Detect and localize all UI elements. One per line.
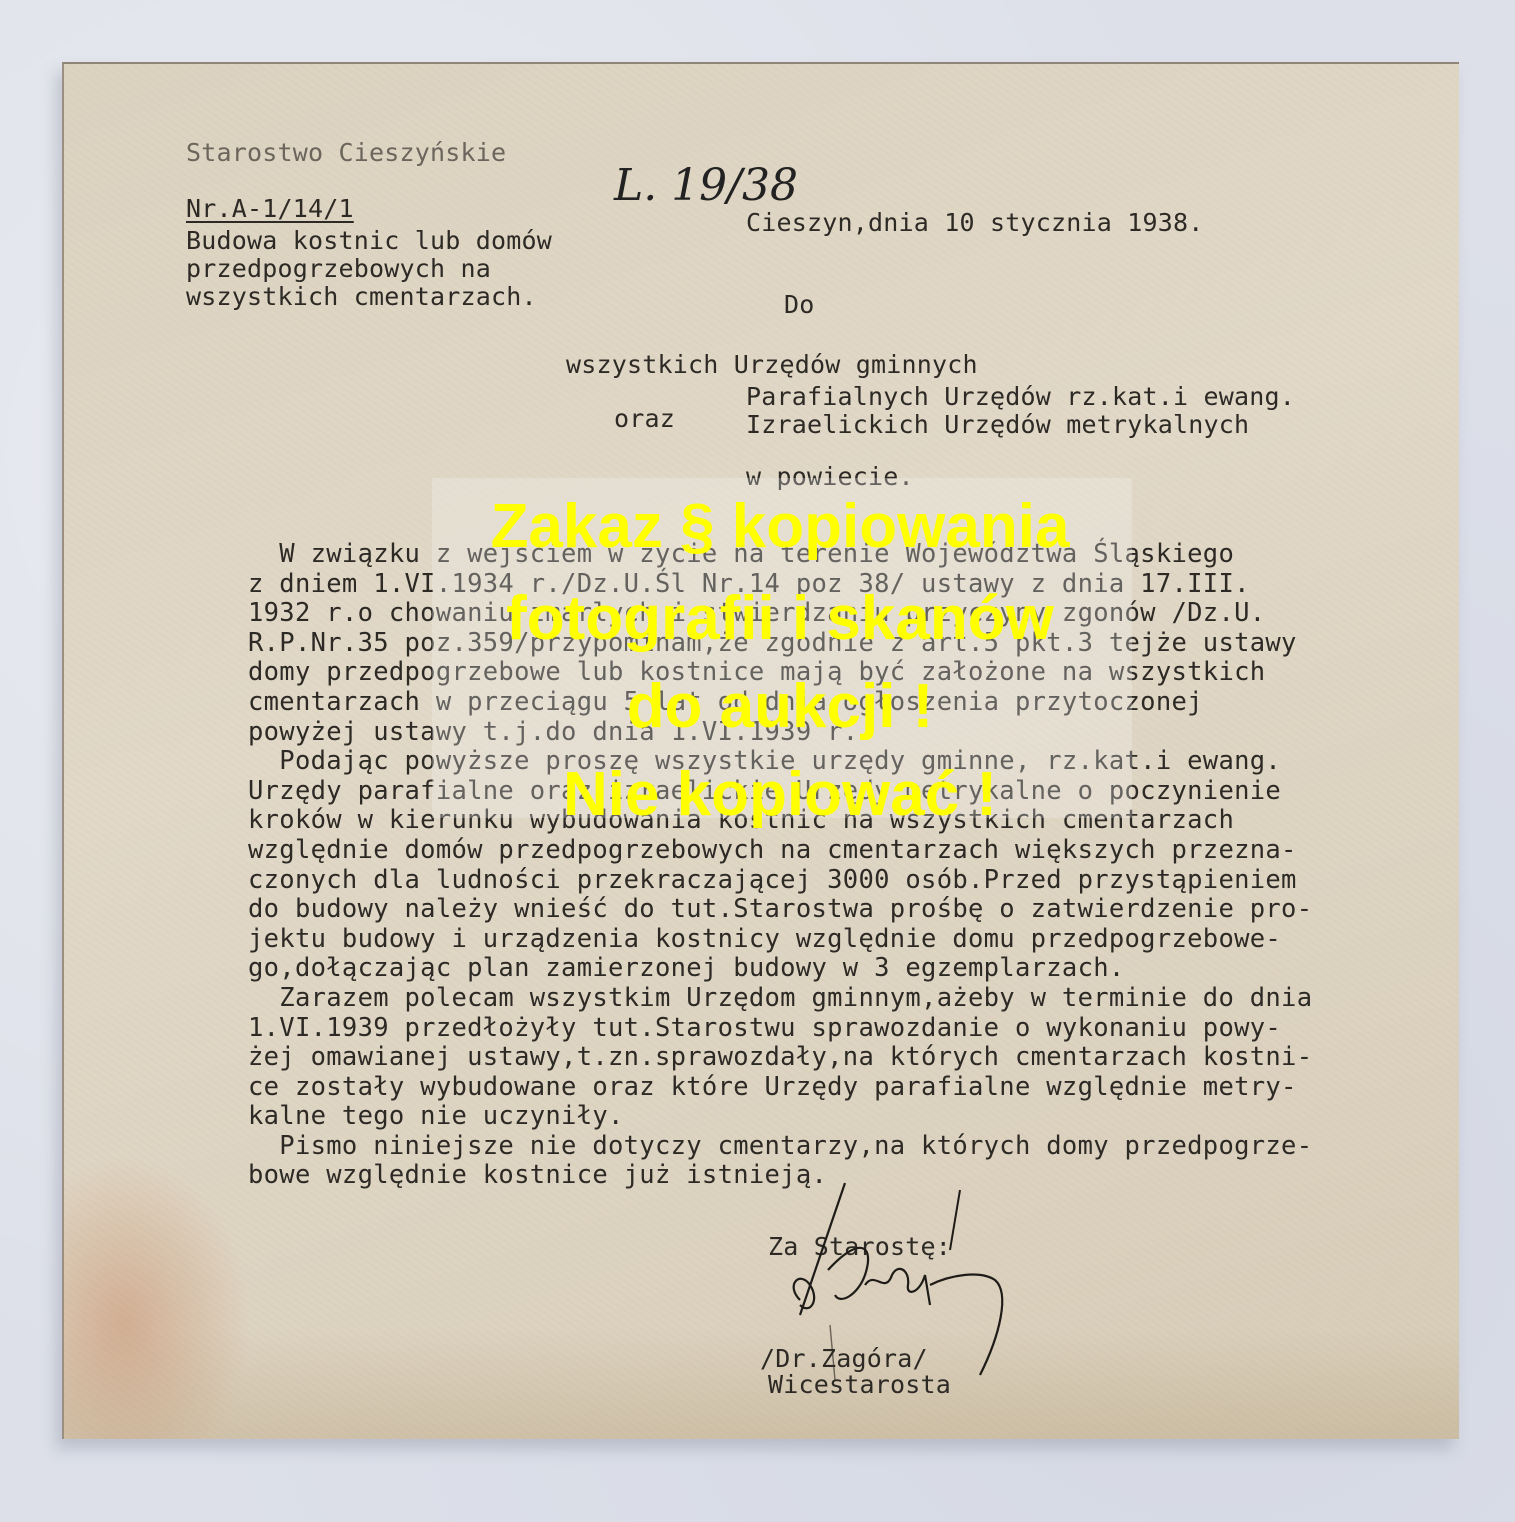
signatory-title: Wicestarosta xyxy=(768,1370,951,1400)
addressee-line-3: Izraelickich Urzędów metrykalnych xyxy=(746,410,1249,440)
body-line: go,dołączając plan zamierzonej budowy w … xyxy=(248,954,1312,984)
body-line: kalne tego nie uczyniły. xyxy=(248,1102,1312,1132)
body-line: względnie domów przedpogrzebowych na cme… xyxy=(248,836,1312,866)
addressee-oraz: oraz xyxy=(614,404,675,434)
subject-line-3: wszystkich cmentarzach. xyxy=(186,282,537,312)
watermark-line-3: do aukcji ! xyxy=(400,676,1160,738)
body-line: czonych dla ludności przekraczającej 300… xyxy=(248,866,1312,896)
watermark-line-2: fotografii i skanów xyxy=(400,588,1160,650)
body-line: jektu budowy i urządzenia kostnicy wzglę… xyxy=(248,925,1312,955)
watermark-line-1: Zakaz § kopiowania xyxy=(400,496,1160,558)
body-line: 1.VI.1939 przedłożyły tut.Starostwu spra… xyxy=(248,1014,1312,1044)
body-line: Zarazem polecam wszystkim Urzędom gminny… xyxy=(248,984,1312,1014)
letterhead: Starostwo Cieszyńskie xyxy=(186,138,506,168)
addressee-line-1: wszystkich Urzędów gminnych xyxy=(566,350,978,380)
place-and-date: Cieszyn,dnia 10 stycznia 1938. xyxy=(746,208,1204,238)
body-line: ce zostały wybudowane oraz które Urzędy … xyxy=(248,1073,1312,1103)
body-line: Pismo niniejsze nie dotyczy cmentarzy,na… xyxy=(248,1132,1312,1162)
body-line: do budowy należy wnieść do tut.Starostwa… xyxy=(248,895,1312,925)
watermark-line-4: Nie kopiować ! xyxy=(400,764,1160,826)
reference-number: Nr.A-1/14/1 xyxy=(186,194,354,224)
addressee-to: Do xyxy=(784,290,815,320)
subject-line-2: przedpogrzebowych na xyxy=(186,254,491,284)
addressee-line-2: Parafialnych Urzędów rz.kat.i ewang. xyxy=(746,382,1295,412)
handwritten-registry-note: L. 19/38 xyxy=(614,160,798,211)
body-line: żej omawianej ustawy,t.zn.sprawozdały,na… xyxy=(248,1043,1312,1073)
subject-line-1: Budowa kostnic lub domów xyxy=(186,226,552,256)
